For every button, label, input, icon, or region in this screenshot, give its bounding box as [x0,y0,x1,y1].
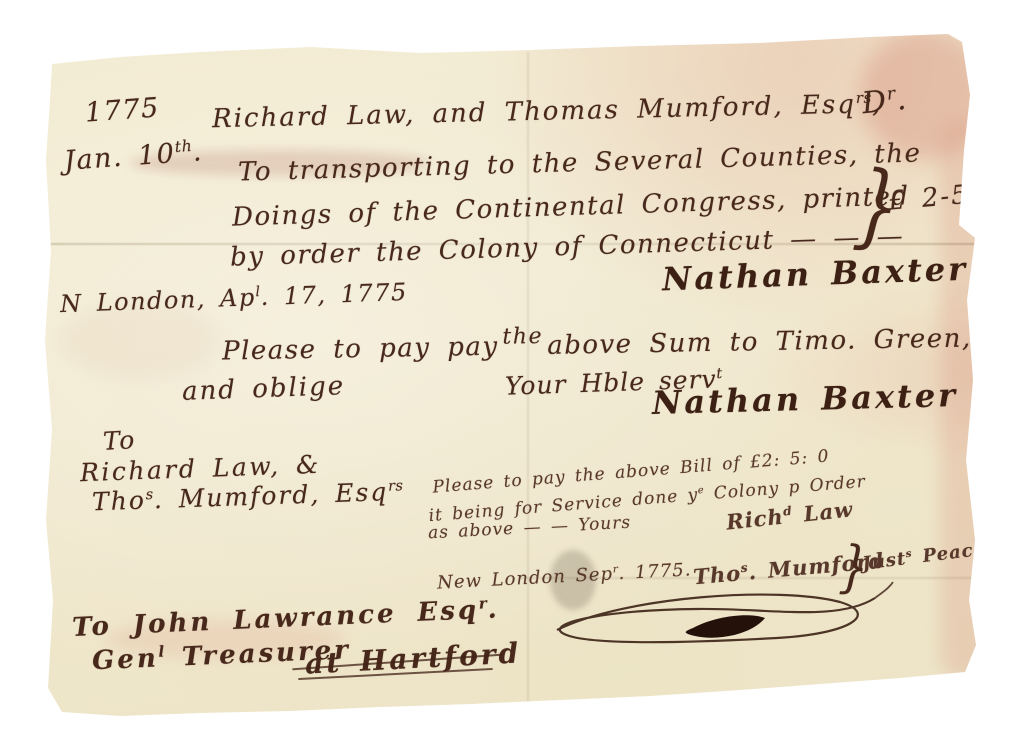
scanned-manuscript-page: 1775 Jan. 10th. Richard Law, and Thomas … [0,0,1024,743]
oblige-line: and oblige [182,371,346,407]
docket-line-1: To John Lawrance Esqr. [72,594,501,643]
charge-line-1: To transporting to the Several Counties,… [238,138,922,187]
addressee-to: To [102,425,136,456]
dr-abbreviation: Dr. [860,82,909,122]
debtor-line: Richard Law, and Thomas Mumford, Esqrs, [212,88,883,134]
justice-title: Justs Peace [861,539,987,575]
inserted-word: the [502,323,543,350]
law-signature: Richd Law [725,496,854,534]
signature-flourish [545,578,895,668]
account-date: Jan. 10th. [63,135,204,177]
pay-order-line: Please to pay paytheabove Sum to Timo. G… [222,323,972,366]
paper-sheet: 1775 Jan. 10th. Richard Law, and Thomas … [0,0,1024,743]
account-year-text: 1775 [84,92,161,128]
baxter-signature-2: Nathan Baxter [652,376,959,422]
account-year: 1775 [84,92,161,128]
place-date-line: N London, Apl. 17, 1775 [60,278,409,318]
ink-blot [686,615,765,637]
